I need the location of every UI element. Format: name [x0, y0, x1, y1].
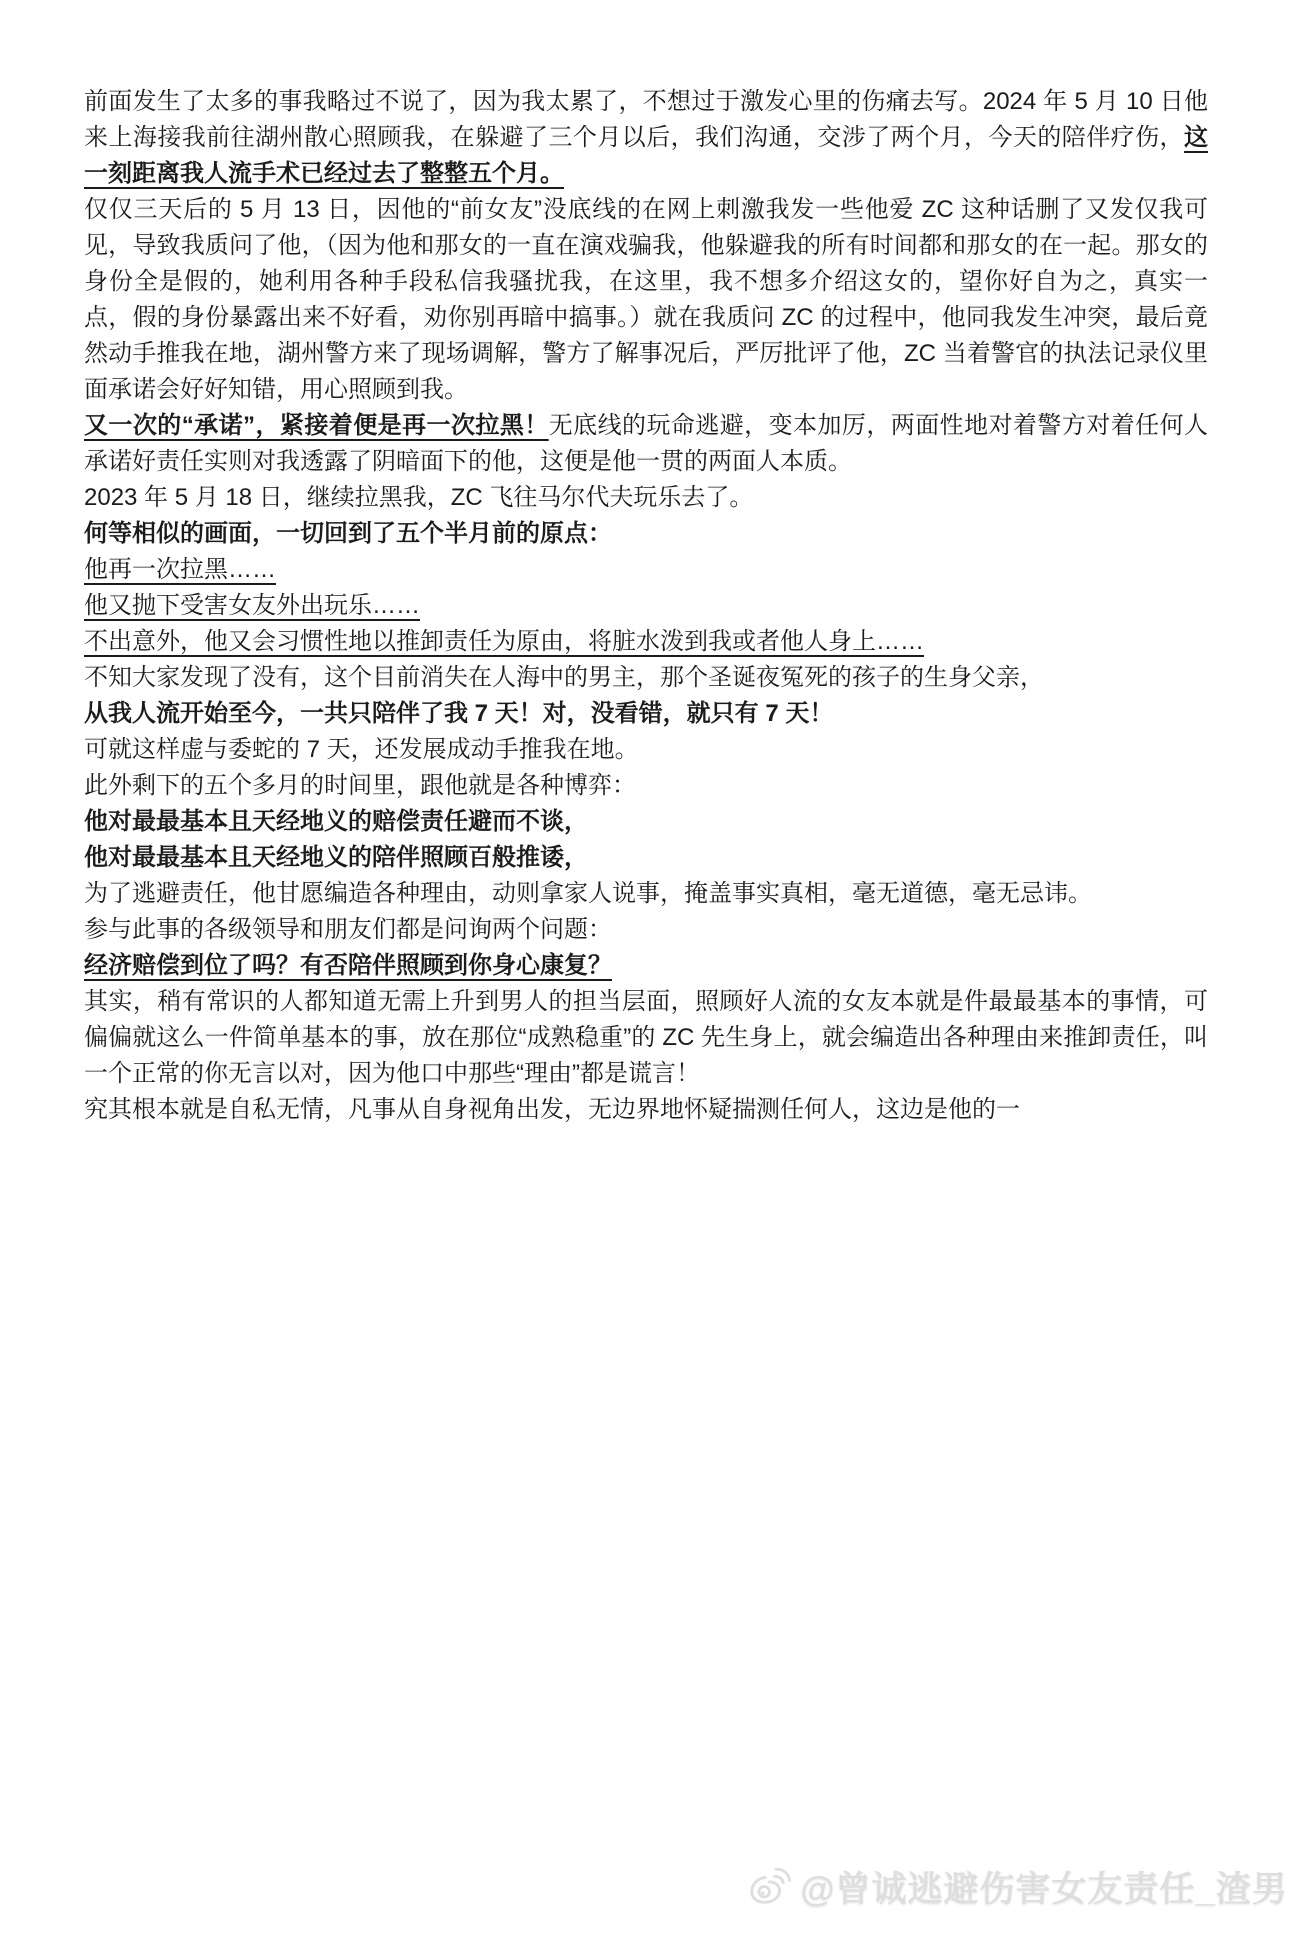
paragraph-common-sense: 其实，稍有常识的人都知道无需上升到男人的担当层面，照顾好人流的女友本就是件最最基…: [84, 984, 1208, 1092]
text-run: 2023 年 5 月 18 日，继续拉黑我，ZC 飞往马尔代夫玩乐去了。: [84, 484, 753, 511]
text-run: 其实，稍有常识的人都知道无需上升到男人的担当层面，照顾好人流的女友本就是件最最基…: [84, 988, 1208, 1087]
text-run: 从我人流开始至今，一共只陪伴了我 7 天！对，没看错，就只有 7 天！: [84, 700, 833, 727]
text-run: 可就这样虚与委蛇的 7 天，还发展成动手推我在地。: [84, 736, 639, 763]
text-run: 参与此事的各级领导和朋友们都是问询两个问题：: [84, 916, 612, 943]
paragraph-another-promise: 又一次的“承诺”，紧接着便是再一次拉黑！无底线的玩命逃避，变本加厉，两面性地对着…: [84, 408, 1208, 480]
text-run: 他再一次拉黑……: [84, 556, 276, 583]
text-run: 又一次的“承诺”，紧接着便是再一次拉黑！: [84, 412, 549, 439]
text-run: 经济赔偿到位了吗？有否陪伴照顾到你身心康复？: [84, 952, 612, 979]
text-run: 究其根本就是自私无情，凡事从自身视角出发，无边界地怀疑揣测任何人，这边是他的一: [84, 1096, 1020, 1123]
paragraph-blocked-again-maldives: 2023 年 5 月 18 日，继续拉黑我，ZC 飞往马尔代夫玩乐去了。: [84, 480, 1208, 516]
text-run: 为了逃避责任，他甘愿编造各种理由，动则拿家人说事，掩盖事实真相，毫无道德，毫无忌…: [84, 880, 1092, 907]
statement-care-shirked: 他对最最基本且天经地义的陪伴照顾百般推诿，: [84, 840, 1208, 876]
paragraph-root-cause: 究其根本就是自私无情，凡事从自身视角出发，无边界地怀疑揣测任何人，这边是他的一: [84, 1092, 1208, 1128]
weibo-logo-icon: [746, 1864, 792, 1910]
paragraph-two-questions: 参与此事的各级领导和朋友们都是问询两个问题：经济赔偿到位了吗？有否陪伴照顾到你身…: [84, 912, 1208, 984]
watermark-text: @曾诚逃避伤害女友责任_渣男: [800, 1862, 1288, 1912]
paragraph-only-7-days: 不知大家发现了没有，这个目前消失在人海中的男主，那个圣诞夜冤死的孩子的生身父亲，…: [84, 660, 1208, 768]
watermark: @曾诚逃避伤害女友责任_渣男: [746, 1862, 1288, 1912]
text-run: 他又抛下受害女友外出玩乐……: [84, 592, 420, 619]
paragraph-remaining-months: 此外剩下的五个多月的时间里，跟他就是各种博弈：: [84, 768, 1208, 804]
text-run: 此外剩下的五个多月的时间里，跟他就是各种博弈：: [84, 772, 636, 799]
text-run: 不出意外，他又会习惯性地以推卸责任为原由，将脏水泼到我或者他人身上……: [84, 628, 924, 655]
text-run: 仅仅三天后的 5 月 13 日，因他的“前女友”没底线的在网上刺激我发一些他爱 …: [84, 196, 1208, 403]
text-run: 前面发生了太多的事我略过不说了，因为我太累了，不想过于激发心里的伤痛去写。202…: [84, 88, 1208, 151]
paragraph-excuses: 为了逃避责任，他甘愿编造各种理由，动则拿家人说事，掩盖事实真相，毫无道德，毫无忌…: [84, 876, 1208, 912]
paragraph-opening-events: 前面发生了太多的事我略过不说了，因为我太累了，不想过于激发心里的伤痛去写。202…: [84, 84, 1208, 408]
document-body: 前面发生了太多的事我略过不说了，因为我太累了，不想过于激发心里的伤痛去写。202…: [0, 0, 1290, 1128]
text-run: 不知大家发现了没有，这个目前消失在人海中的男主，那个圣诞夜冤死的孩子的生身父亲，: [84, 664, 1044, 691]
text-run: 何等相似的画面，一切回到了五个半月前的原点：: [84, 520, 612, 547]
text-run: 他对最最基本且天经地义的陪伴照顾百般推诿，: [84, 844, 588, 871]
list-repeated-behaviors: 他再一次拉黑……他又抛下受害女友外出玩乐……不出意外，他又会习惯性地以推卸责任为…: [84, 552, 1208, 660]
text-run: 他对最最基本且天经地义的赔偿责任避而不谈，: [84, 808, 588, 835]
statement-compensation-avoided: 他对最最基本且天经地义的赔偿责任避而不谈，: [84, 804, 1208, 840]
heading-similar-scene: 何等相似的画面，一切回到了五个半月前的原点：: [84, 516, 1208, 552]
